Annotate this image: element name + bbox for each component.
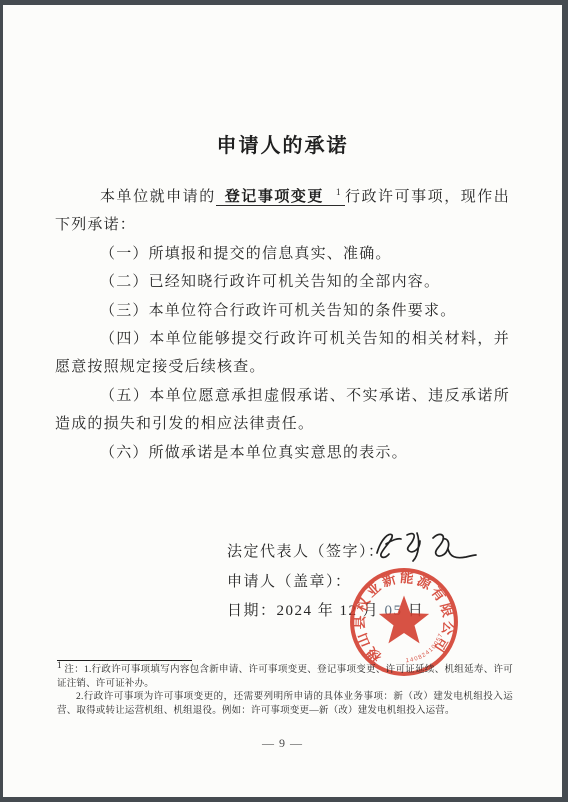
- page-number: — 9 —: [3, 736, 562, 751]
- footnote-marker: 1: [57, 660, 62, 670]
- footnotes-section: 1 注：1.行政许可事项填写内容包含新申请、许可事项变更、登记事项变更、许可证延…: [57, 660, 513, 718]
- footnote-reference-mark: 1: [333, 189, 345, 206]
- commitment-item-3: （三）本单位符合行政许可机关告知的条件要求。: [55, 297, 510, 325]
- handwritten-signature: [370, 526, 478, 568]
- commitment-item-6: （六）所做承诺是本单位真实意思的表示。: [55, 439, 510, 467]
- seal-star-icon: [379, 596, 429, 644]
- page-title: 申请人的承诺: [3, 129, 562, 158]
- intro-prefix: 本单位就申请的: [100, 189, 216, 205]
- commitment-body: 本单位就申请的登记事项变更1行政许可事项，现作出下列承诺： （一）所填报和提交的…: [55, 183, 510, 467]
- footnote-1: 1 注：1.行政许可事项填写内容包含新申请、许可事项变更、登记事项变更、许可证延…: [57, 664, 513, 691]
- commitment-item-2: （二）已经知晓行政许可机关告知的全部内容。: [55, 268, 510, 296]
- intro-paragraph: 本单位就申请的登记事项变更1行政许可事项，现作出下列承诺：: [55, 183, 510, 240]
- screenshot-root: { "page": { "title": "申请人的承诺", "page_num…: [0, 0, 568, 802]
- commitment-item-1: （一）所填报和提交的信息真实、准确。: [55, 240, 510, 268]
- document-page: 申请人的承诺 本单位就申请的登记事项变更1行政许可事项，现作出下列承诺： （一）…: [3, 5, 562, 797]
- footnote-2: 2.行政许可事项为许可事项变更的，还需要列明所申请的具体业务事项：新（改）建发电…: [57, 691, 513, 718]
- commitment-item-5: （五）本单位愿意承担虚假承诺、不实承诺、违反承诺所造成的损失和引发的相应法律责任…: [55, 382, 510, 439]
- permit-item-blank-value: 登记事项变更: [216, 189, 333, 206]
- commitment-item-4: （四）本单位能够提交行政许可机关告知的相关材料，并愿意按照规定接受后续核查。: [55, 325, 510, 382]
- footnote-separator: [57, 660, 192, 661]
